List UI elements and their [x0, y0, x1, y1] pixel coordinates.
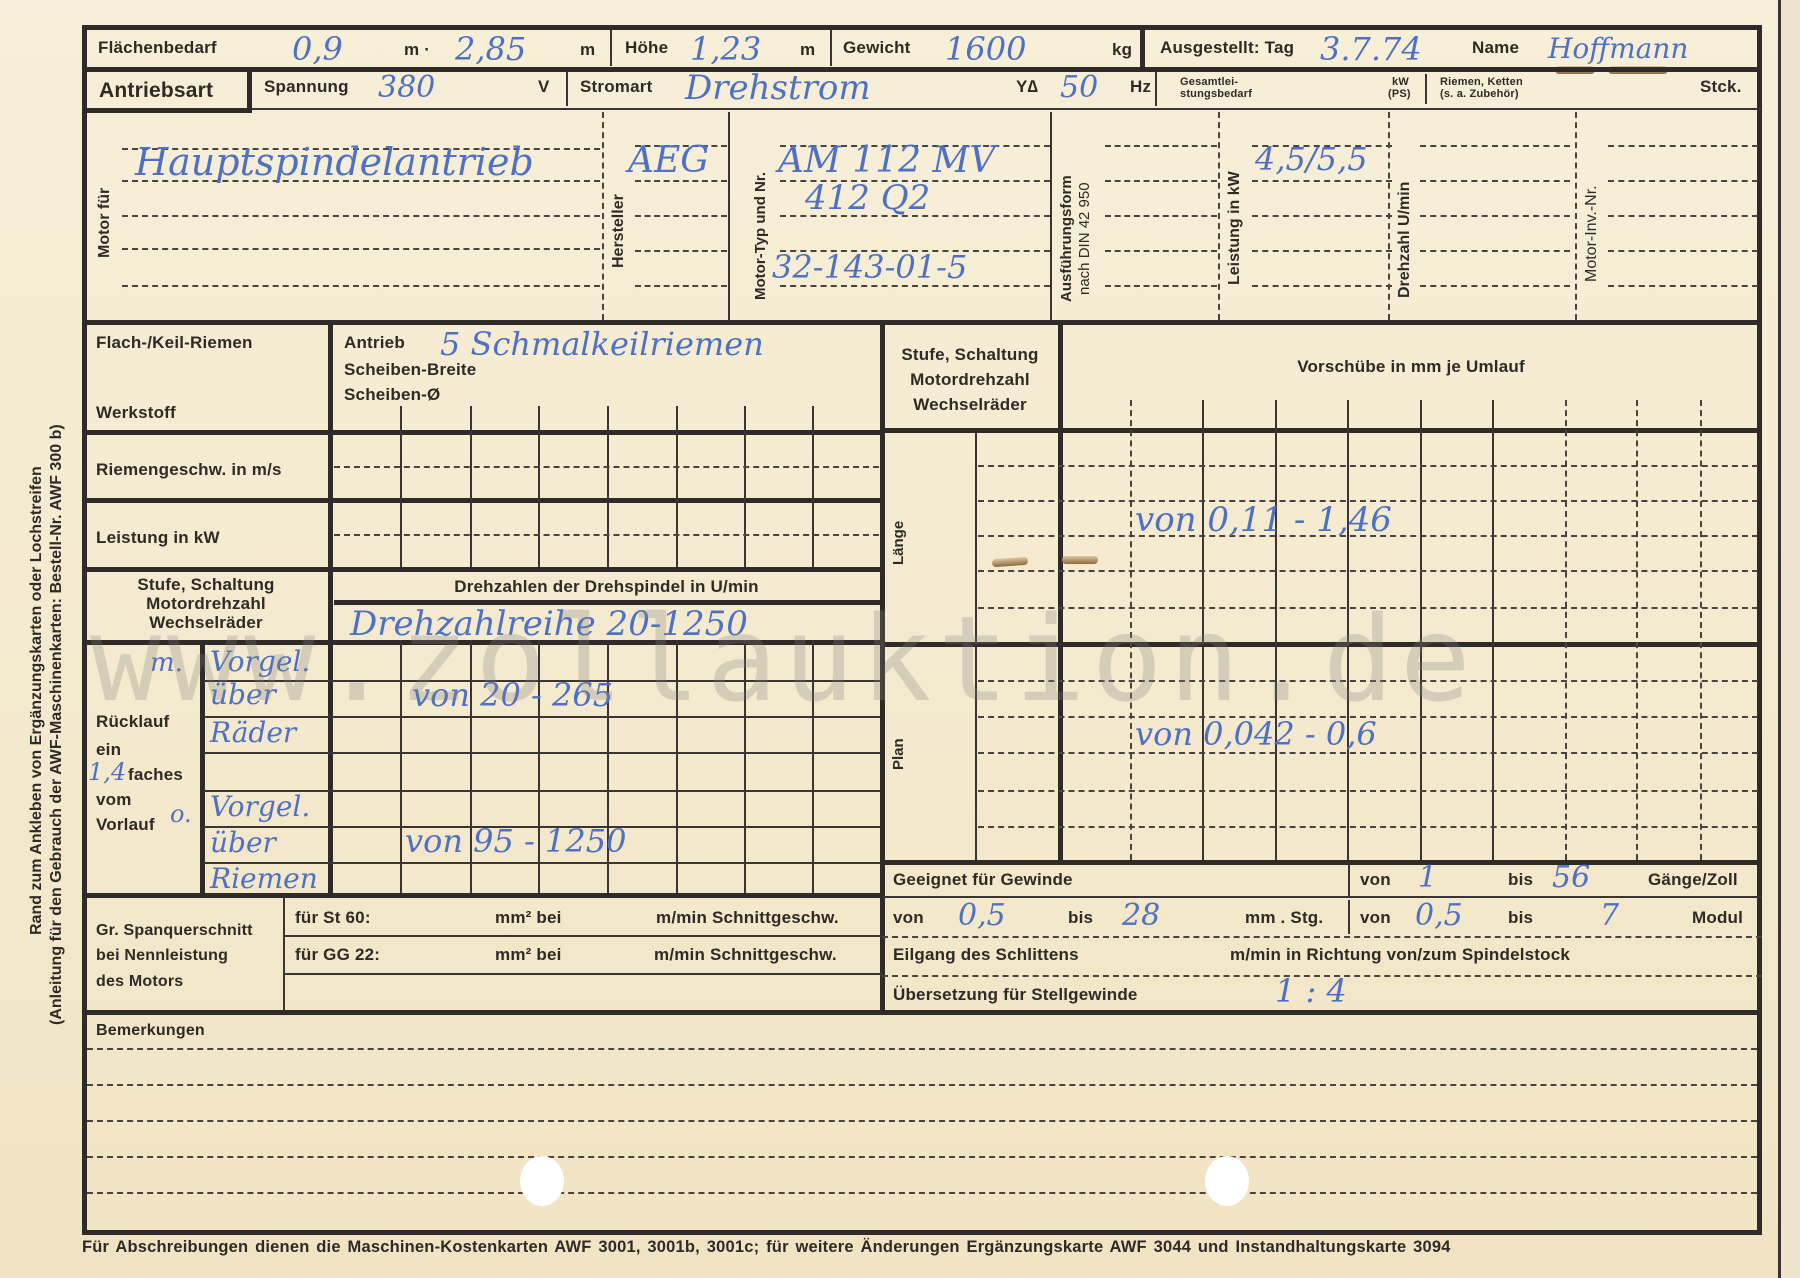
- gg22-schnitt-label: m/min Schnittgeschw.: [654, 945, 837, 965]
- ps-label: (PS): [1388, 88, 1411, 100]
- unit-kg: kg: [1112, 40, 1132, 60]
- gaenge-bis-label: bis: [1508, 870, 1533, 890]
- hoehe-value: 1,23: [690, 30, 761, 68]
- werkstoff-label: Werkstoff: [96, 403, 176, 423]
- motor-typ-line-1: AM 112 MV: [778, 140, 995, 181]
- watermark: www.zollauktion.de: [90, 590, 1477, 728]
- modul-unit: Modul: [1692, 908, 1743, 928]
- gaenge-zoll-unit: Gänge/Zoll: [1648, 870, 1738, 890]
- unit-m: m: [580, 40, 595, 60]
- riemen-value: Riemen: [210, 862, 318, 895]
- drehzahl-label: Drehzahl U/min: [1396, 182, 1414, 298]
- gg22-label: für GG 22:: [295, 945, 380, 965]
- stromart-value: Drehstrom: [685, 68, 871, 108]
- riemen-ketten-label-2: (s. a. Zubehör): [1440, 88, 1519, 100]
- uebersetzung-value: 1 : 4: [1275, 972, 1347, 1010]
- hersteller-value: AEG: [628, 140, 709, 181]
- ausfuehrungsform-label-2: nach DIN 42 950: [1076, 182, 1093, 295]
- ausfuehrungsform-label-1: Ausführungsform: [1058, 175, 1075, 302]
- antriebsart-box: Antriebsart: [82, 67, 252, 113]
- gewicht-value: 1600: [945, 30, 1026, 68]
- gaenge-von-label: von: [1360, 870, 1391, 890]
- spannung-label: Spannung: [264, 77, 349, 97]
- side-margin-text-1: Rand zum Ankleben von Ergänzungskarten o…: [28, 466, 46, 935]
- stg-to-value: 28: [1122, 898, 1160, 933]
- motor-fuer-label: Motor für: [96, 188, 114, 258]
- eilgang-label: Eilgang des Schlittens: [893, 945, 1079, 965]
- leistung-riemen-label: Leistung in kW: [96, 528, 220, 548]
- vorgel-2-value: Vorgel.: [210, 790, 310, 823]
- side-margin-text-2: (Anleitung für den Gebrauch der AWF-Masc…: [48, 424, 66, 1025]
- name-label: Name: [1472, 38, 1519, 58]
- gewicht-label: Gewicht: [843, 38, 911, 58]
- frequency-value: 50: [1060, 70, 1098, 105]
- machine-card: Rand zum Ankleben von Ergänzungskarten o…: [0, 0, 1800, 1278]
- ausgestellt-label: Ausgestellt: Tag: [1160, 38, 1294, 58]
- vorlauf-label: Vorlauf: [96, 815, 155, 835]
- motor-inv-nr-label: Motor-Inv.-Nr.: [1583, 185, 1601, 282]
- vorschub-stufe-label: Stufe, Schaltung: [884, 345, 1056, 365]
- unit-hz: Hz: [1130, 77, 1151, 97]
- gg22-mm2-label: mm² bei: [495, 945, 562, 965]
- name-value: Hoffmann: [1548, 32, 1688, 65]
- antriebsart-title: Antriebsart: [99, 79, 213, 103]
- stromart-label: Stromart: [580, 77, 652, 97]
- mm-stg-unit: mm . Stg.: [1245, 908, 1323, 928]
- spanquerschnitt-label-1: Gr. Spanquerschnitt: [96, 922, 253, 940]
- unit-m-dot: m ·: [404, 40, 430, 60]
- faches-label: faches: [128, 765, 183, 785]
- st60-label: für St 60:: [295, 908, 371, 928]
- stg-bis-label: bis: [1068, 908, 1093, 928]
- flaechenbedarf-label: Flächenbedarf: [98, 38, 217, 58]
- riemen-ketten-label-1: Riemen, Ketten: [1440, 76, 1523, 88]
- flaechen-width-value: 0,9: [292, 30, 343, 68]
- stg-von-label: von: [893, 908, 924, 928]
- hoehe-label: Höhe: [625, 38, 668, 58]
- punch-hole: [520, 1156, 564, 1206]
- gesamtleistung-label-1: Gesamtlei-: [1180, 76, 1238, 88]
- uebersetzung-label: Übersetzung für Stellgewinde: [893, 985, 1138, 1005]
- antrieb-label: Antrieb: [344, 333, 405, 353]
- punch-hole: [1205, 1156, 1249, 1206]
- modul-bis-label: bis: [1508, 908, 1533, 928]
- modul-from-value: 0,5: [1415, 898, 1463, 933]
- laenge-vorschub-value: von 0,11 - 1,46: [1135, 500, 1392, 540]
- gesamtleistung-label-2: stungsbedarf: [1180, 88, 1252, 100]
- vorschuebe-title: Vorschübe in mm je Umlauf: [1064, 357, 1758, 377]
- riemengeschw-label: Riemengeschw. in m/s: [96, 460, 282, 480]
- ueber-2-value: über: [210, 826, 276, 859]
- card-edge: [1778, 0, 1800, 1278]
- footer-note: Für Abschreibungen dienen die Maschinen-…: [82, 1238, 1451, 1257]
- unit-v: V: [538, 77, 550, 97]
- st60-schnitt-label: m/min Schnittgeschw.: [656, 908, 839, 928]
- motor-typ-label: Motor-Typ und Nr.: [752, 172, 769, 300]
- vom-label: vom: [96, 790, 132, 810]
- stg-from-value: 0,5: [958, 898, 1006, 933]
- o-value: o.: [170, 800, 192, 828]
- modul-von-label: von: [1360, 908, 1391, 928]
- spanquerschnitt-label-2: bei Nennleistung: [96, 947, 228, 965]
- vorschub-wechselraeder-label: Wechselräder: [884, 395, 1056, 415]
- eilgang-unit: m/min in Richtung von/zum Spindelstock: [1230, 945, 1570, 965]
- staple-mark: [1062, 556, 1098, 564]
- antrieb-value: 5 Schmalkeilriemen: [440, 325, 764, 363]
- geeignet-gewinde-label: Geeignet für Gewinde: [893, 870, 1073, 890]
- motor-nr-value: 32-143-01-5: [772, 248, 967, 286]
- kw-label: kW: [1392, 76, 1409, 88]
- scheiben-durchmesser-label: Scheiben-Ø: [344, 385, 440, 405]
- scheiben-breite-label: Scheiben-Breite: [344, 360, 476, 380]
- leistung-kw-value: 4,5/5,5: [1255, 140, 1368, 178]
- ruecklauf-ein-label: ein: [96, 740, 121, 760]
- vorschub-motordrehzahl-label: Motordrehzahl: [884, 370, 1056, 390]
- flaechen-length-value: 2,85: [455, 30, 526, 68]
- bemerkungen-label: Bemerkungen: [96, 1022, 205, 1040]
- spannung-value: 380: [378, 70, 435, 105]
- gaenge-to-value: 56: [1552, 860, 1590, 895]
- ausgestellt-date-value: 3.7.74: [1320, 30, 1422, 68]
- motor-typ-line-2: 412 Q2: [805, 178, 930, 218]
- unit-m-2: m: [800, 40, 815, 60]
- spanquerschnitt-label-3: des Motors: [96, 973, 183, 991]
- plan-label: Plan: [890, 738, 907, 770]
- leistung-kw-label: Leistung in kW: [1226, 171, 1244, 285]
- flach-keil-riemen-label: Flach-/Keil-Riemen: [96, 333, 253, 353]
- ruecklauf-faktor-value: 1,4: [88, 758, 126, 786]
- hersteller-label: Hersteller: [610, 194, 628, 268]
- y-delta-label: Y∆: [1016, 77, 1038, 97]
- gaenge-from-value: 1: [1418, 860, 1437, 895]
- laenge-label: Länge: [890, 521, 907, 565]
- st60-mm2-label: mm² bei: [495, 908, 562, 928]
- drehzahl-range-2: von 95 - 1250: [405, 822, 626, 860]
- motor-fuer-value: Hauptspindelantrieb: [135, 140, 534, 184]
- modul-to-value: 7: [1600, 898, 1619, 933]
- stck-label: Stck.: [1700, 77, 1742, 97]
